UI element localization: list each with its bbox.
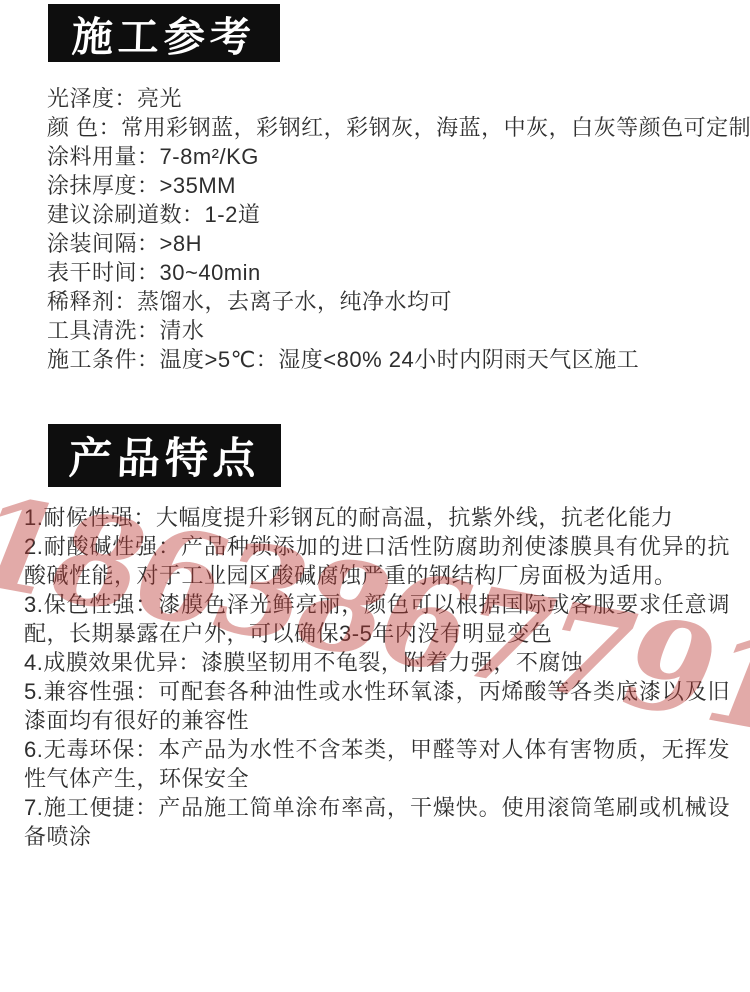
- spec-value: 蒸馏水，去离子水，纯净水均可: [137, 289, 452, 314]
- feature-item-compatibility: 5.兼容性强：可配套各种油性或水性环氧漆，丙烯酸等各类底漆以及旧漆面均有很好的兼…: [24, 677, 730, 735]
- spec-row-color: 颜 色：常用彩钢蓝，彩钢红，彩钢灰，海蓝，中灰，白灰等颜色可定制: [47, 113, 727, 142]
- spec-label: 施工条件：: [47, 347, 160, 372]
- construction-reference-banner: 施工参考: [48, 4, 280, 62]
- spec-row-thinner: 稀释剂：蒸馏水，去离子水，纯净水均可: [47, 287, 727, 316]
- spec-row-thickness: 涂抹厚度：>35MM: [47, 171, 727, 200]
- spec-label: 工具清洗：: [47, 318, 160, 343]
- spec-row-gloss: 光泽度：亮光: [47, 84, 727, 113]
- construction-spec-list: 光泽度：亮光 颜 色：常用彩钢蓝，彩钢红，彩钢灰，海蓝，中灰，白灰等颜色可定制 …: [47, 84, 727, 374]
- spec-value: 30~40min: [160, 260, 261, 285]
- spec-value: >35MM: [160, 173, 236, 198]
- spec-row-dry-time: 表干时间：30~40min: [47, 258, 727, 287]
- product-features-title: 产品特点: [67, 425, 261, 486]
- spec-label: 涂装间隔：: [47, 231, 160, 256]
- product-detail-page: 施工参考 光泽度：亮光 颜 色：常用彩钢蓝，彩钢红，彩钢灰，海蓝，中灰，白灰等颜…: [0, 0, 750, 992]
- spec-value: 1-2道: [205, 202, 261, 227]
- spec-value: 7-8m²/KG: [160, 144, 259, 169]
- product-feature-list: 1.耐候性强：大幅度提升彩钢瓦的耐高温，抗紫外线，抗老化能力 2.耐酸碱性强：产…: [24, 503, 730, 851]
- feature-item-color-retention: 3.保色性强：漆膜色泽光鲜亮丽，颜色可以根据国际或客服要求任意调配，长期暴露在户…: [24, 590, 730, 648]
- spec-row-coats: 建议涂刷道数：1-2道: [47, 200, 727, 229]
- spec-row-coverage: 涂料用量：7-8m²/KG: [47, 142, 727, 171]
- spec-row-conditions: 施工条件：温度>5℃：湿度<80% 24小时内阴雨天气区施工: [47, 345, 727, 374]
- spec-label: 光泽度：: [47, 86, 137, 111]
- spec-value: 常用彩钢蓝，彩钢红，彩钢灰，海蓝，中灰，白灰等颜色可定制: [121, 115, 750, 140]
- feature-item-weather-resistance: 1.耐候性强：大幅度提升彩钢瓦的耐高温，抗紫外线，抗老化能力: [24, 503, 730, 532]
- spec-row-interval: 涂装间隔：>8H: [47, 229, 727, 258]
- feature-item-film-forming: 4.成膜效果优异：漆膜坚韧用不龟裂，附着力强，不腐蚀: [24, 648, 730, 677]
- spec-value: 清水: [160, 318, 205, 343]
- spec-label: 稀释剂：: [47, 289, 137, 314]
- spec-value: 亮光: [137, 86, 182, 111]
- construction-reference-title: 施工参考: [71, 4, 257, 63]
- spec-label: 颜 色：: [47, 115, 121, 140]
- product-features-banner: 产品特点: [48, 424, 281, 487]
- spec-value: >8H: [160, 231, 202, 256]
- spec-label: 建议涂刷道数：: [47, 202, 205, 227]
- spec-label: 涂料用量：: [47, 144, 160, 169]
- spec-label: 表干时间：: [47, 260, 160, 285]
- spec-row-tool-cleaning: 工具清洗：清水: [47, 316, 727, 345]
- spec-value: 温度>5℃：湿度<80% 24小时内阴雨天气区施工: [160, 347, 640, 372]
- feature-item-acid-alkali-resistance: 2.耐酸碱性强：产品种锁添加的进口活性防腐助剂使漆膜具有优异的抗酸碱性能，对于工…: [24, 532, 730, 590]
- feature-item-non-toxic: 6.无毒环保：本产品为水性不含苯类，甲醛等对人体有害物质，无挥发性气体产生，环保…: [24, 735, 730, 793]
- feature-item-easy-application: 7.施工便捷：产品施工简单涂布率高，干燥快。使用滚筒笔刷或机械设备喷涂: [24, 793, 730, 851]
- spec-label: 涂抹厚度：: [47, 173, 160, 198]
